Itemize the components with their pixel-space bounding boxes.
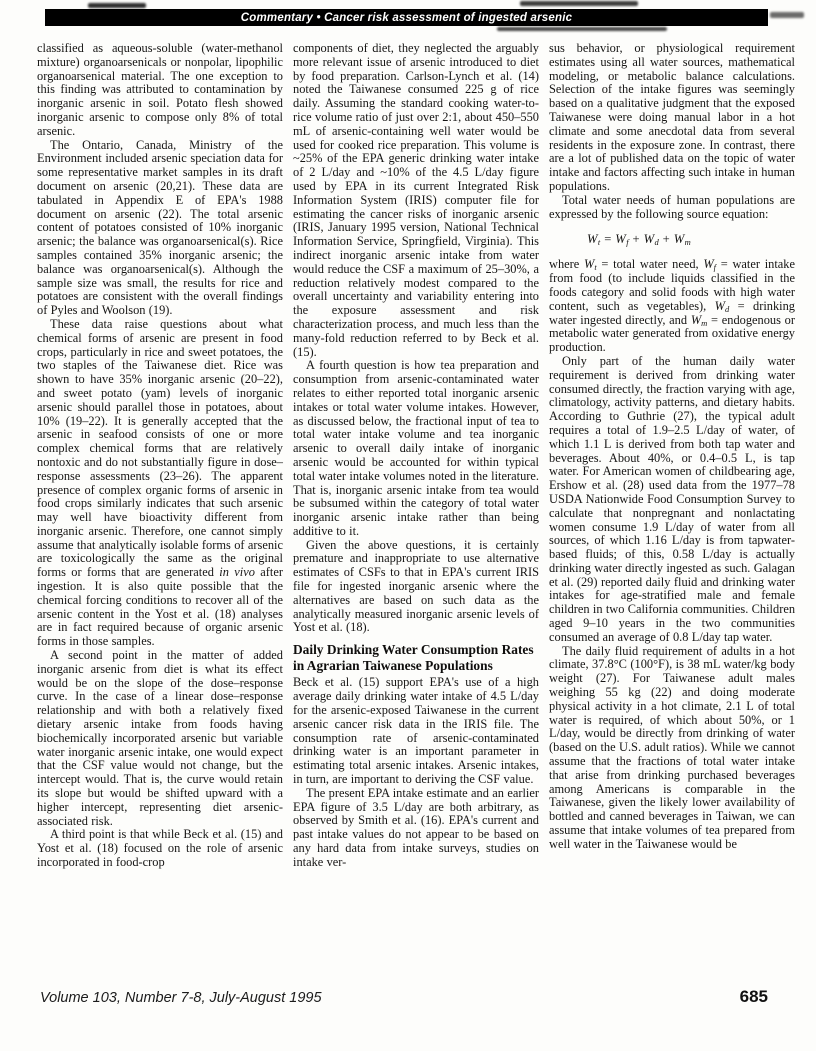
paragraph: The present EPA intake estimate and an e…: [293, 787, 539, 870]
running-head-bar: Commentary • Cancer risk assessment of i…: [45, 9, 768, 26]
paragraph: These data raise questions about what ch…: [37, 318, 283, 649]
running-head-title: Commentary • Cancer risk assessment of i…: [241, 12, 572, 24]
paragraph: Given the above questions, it is certain…: [293, 539, 539, 636]
column-3: sus behavior, or physiological requireme…: [549, 42, 795, 870]
journal-page: Commentary • Cancer risk assessment of i…: [0, 0, 816, 1051]
page-number: 685: [740, 987, 768, 1007]
article-body: classified as aqueous-soluble (water-met…: [37, 42, 795, 870]
column-1: classified as aqueous-soluble (water-met…: [37, 42, 283, 870]
paragraph: components of diet, they neglected the a…: [293, 42, 539, 359]
paragraph: sus behavior, or physiological requireme…: [549, 42, 795, 194]
paragraph: The Ontario, Canada, Ministry of the Env…: [37, 139, 283, 318]
paragraph: Total water needs of human populations a…: [549, 194, 795, 222]
scan-artifact: [497, 27, 667, 31]
water-needs-equation: Wt = Wf + Wd + Wm: [587, 232, 795, 247]
column-1-paragraphs: classified as aqueous-soluble (water-met…: [37, 42, 283, 870]
paragraph: Only part of the human daily water requi…: [549, 355, 795, 645]
column-3-paragraphs-top: sus behavior, or physiological requireme…: [549, 42, 795, 221]
scan-artifact: [520, 1, 638, 6]
column-2-paragraphs-bottom: Beck et al. (15) support EPA's use of a …: [293, 676, 539, 869]
column-3-paragraphs-bottom: where Wt = total water need, Wf = water …: [549, 258, 795, 851]
scan-artifact: [88, 3, 146, 8]
paragraph: A fourth question is how tea preparation…: [293, 359, 539, 538]
paragraph: A second point in the matter of added in…: [37, 649, 283, 828]
page-footer: Volume 103, Number 7-8, July-August 1995…: [40, 987, 768, 1007]
paragraph: The daily fluid requirement of adults in…: [549, 645, 795, 852]
paragraph: where Wt = total water need, Wf = water …: [549, 258, 795, 355]
paragraph: classified as aqueous-soluble (water-met…: [37, 42, 283, 139]
section-heading: Daily Drinking Water Consumption Rates i…: [293, 642, 539, 673]
column-2-paragraphs-top: components of diet, they neglected the a…: [293, 42, 539, 635]
volume-info: Volume 103, Number 7-8, July-August 1995: [40, 990, 322, 1006]
paragraph: A third point is that while Beck et al. …: [37, 828, 283, 869]
column-2: components of diet, they neglected the a…: [293, 42, 539, 870]
paragraph: Beck et al. (15) support EPA's use of a …: [293, 676, 539, 786]
scan-artifact: [770, 12, 804, 18]
